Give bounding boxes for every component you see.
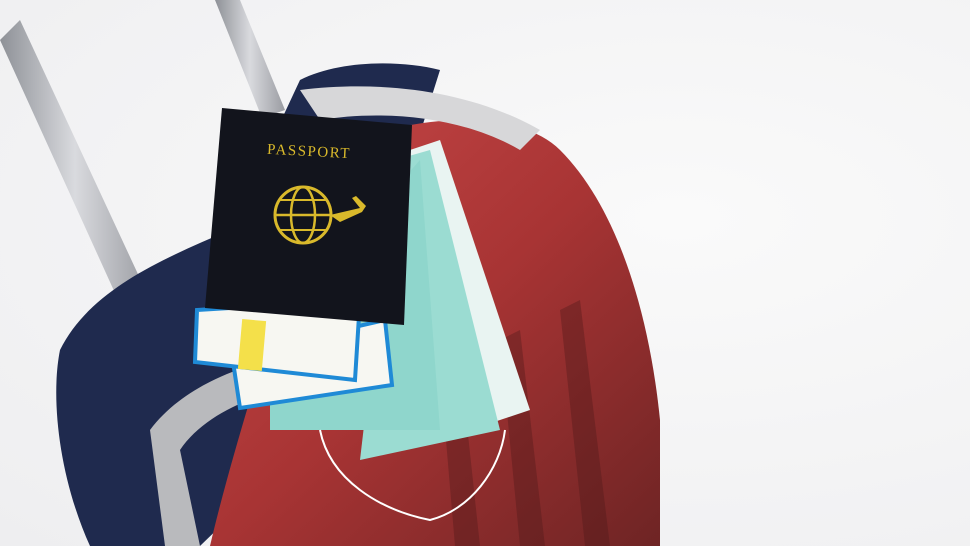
passport [205, 108, 412, 325]
suitcase-illustration [0, 0, 970, 546]
photo-scene: PASSPORT [0, 0, 970, 546]
